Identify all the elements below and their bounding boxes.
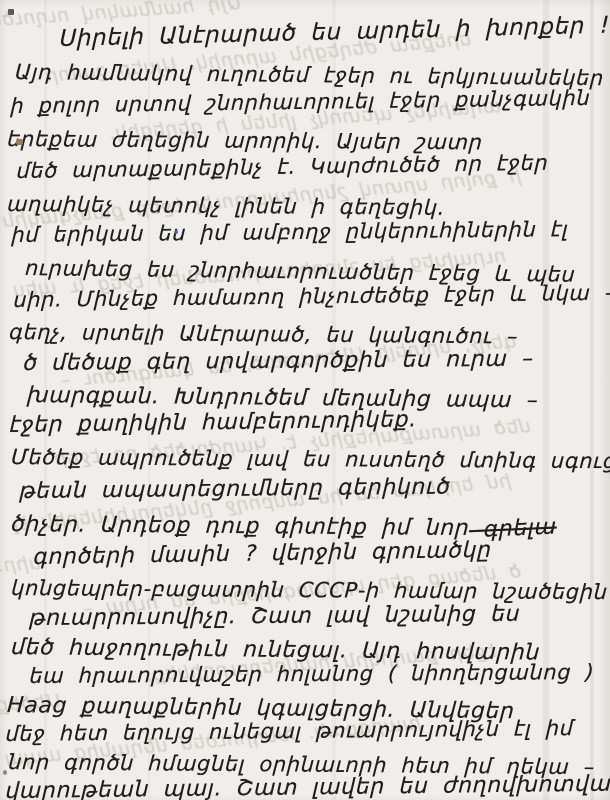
ink-dot <box>175 230 178 234</box>
handwritten-line: մեծ արտաքարեքինչ է. Կարժուծեծ որ էջեր <box>16 151 549 183</box>
handwritten-line: Մեծեք ապրուծենք լավ ես ուստեղծ մտինգ սգո… <box>11 445 610 474</box>
handwritten-line: մեջ հետ եղույց ունեցալ թուարրույովիչն էլ… <box>5 716 574 746</box>
handwritten-line: Սիրելի Անէրարած ես արդեն ի խորքեր ! <box>59 13 610 52</box>
handwritten-line: էջեր քաղիկին համբերուրդիկեք. <box>9 407 417 438</box>
handwriting-layer: Սիրելի Անէրարած ես արդեն ի խորքեր !Այդ հ… <box>0 0 610 800</box>
handwritten-line: երեքեա ժեղեցին արորիկ. Այսեր շատր <box>7 127 484 154</box>
handwritten-line: աղաիկեչ պետոկչ լինեն ի գեղեցիկ. <box>7 192 446 220</box>
handwritten-line: թուարրուսովիչը. Շատ լավ նշանից ես <box>29 602 521 631</box>
handwritten-line: ի քոլոր սրտով շնորհաւորուել էջեր քանչգակ… <box>10 86 591 118</box>
stain-dot <box>16 139 23 145</box>
handwritten-line: իմ երիկան ես իմ ամբողջ ընկերուհիներին էլ <box>11 217 569 247</box>
handwritten-line: ծ մեծաք գեղ սրվարգործքին ես ուրա – <box>23 347 534 376</box>
paper-speck <box>8 9 14 15</box>
handwritten-line: թեան ապասրեցումները գերիկուծ <box>19 474 451 504</box>
handwritten-line: սիր. Մինչեք համառող ինչուժեծեք էջեր և նկ… <box>13 281 610 312</box>
handwritten-line: եա հրաւորուվաշեր հոլանոց ( նիողերցանոց ) <box>29 660 595 688</box>
handwritten-line: վարութեան պայ. Շատ լավեր ես ժողովխոտված … <box>5 771 610 800</box>
scanned-letter-page: Այդ համնակով ուղուծեմ էջեր ու երկյուսանե… <box>0 0 610 800</box>
handwritten-line: գեղչ, սրտելի Անէրարած, ես կանգուծու – <box>9 320 519 348</box>
paper-speck <box>3 770 7 775</box>
handwritten-line: Այդ համնակով ուղուծեմ էջեր ու երկյուսանե… <box>14 60 604 90</box>
handwritten-line: կոնցեպրեր-բացատրին СССР-ի համար նշածեցին <box>11 576 609 604</box>
handwritten-line: գործերի մասին ? վերջին գրուածկը <box>33 538 492 570</box>
